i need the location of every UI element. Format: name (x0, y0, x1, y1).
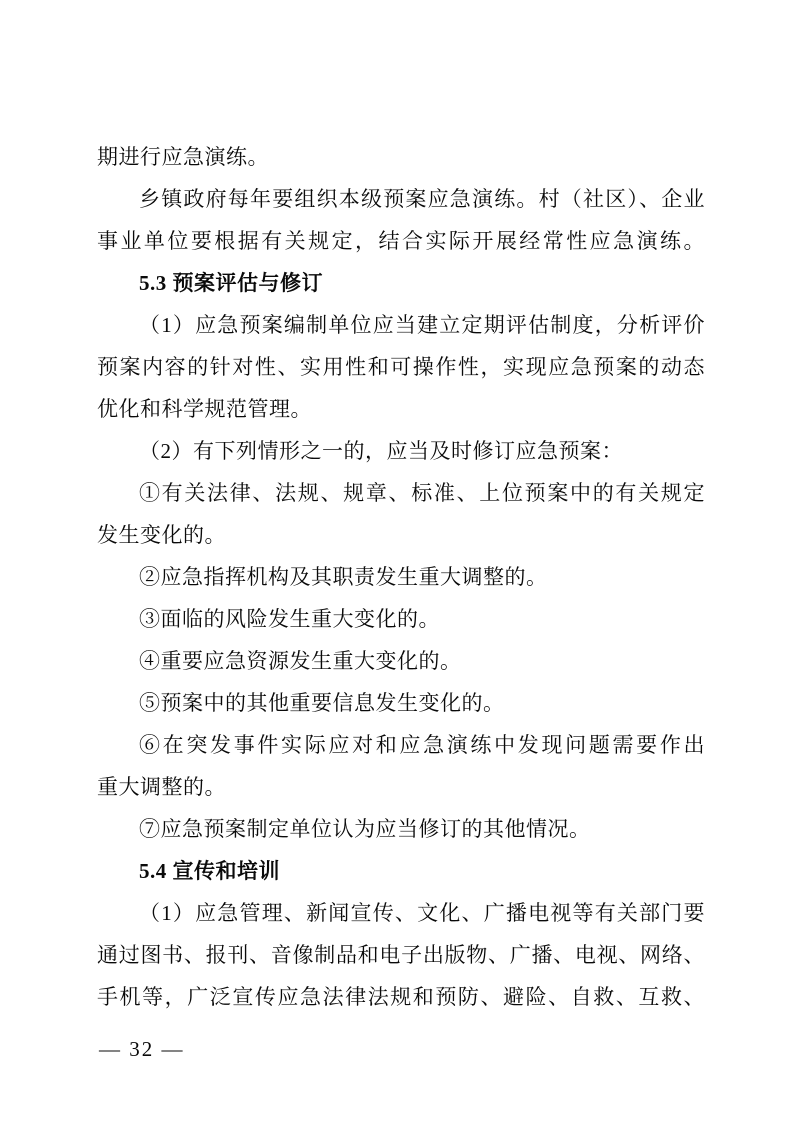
page-number: — 32 — (99, 1035, 185, 1063)
text-line: 优化和科学规范管理。 (97, 388, 705, 430)
text-line: 重大调整的。 (97, 766, 705, 808)
text-line: （2）有下列情形之一的，应当及时修订应急预案： (97, 430, 705, 472)
text-line: 乡镇政府每年要组织本级预案应急演练。村（社区）、企业 (97, 178, 705, 220)
text-line: 手机等，广泛宣传应急法律法规和预防、避险、自救、互救、 (97, 976, 705, 1018)
section-heading-5-3: 5.3 预案评估与修订 (97, 262, 705, 304)
numbered-item-6: ⑥在突发事件实际应对和应急演练中发现问题需要作出 (97, 724, 705, 766)
text-line: 通过图书、报刊、音像制品和电子出版物、广播、电视、网络、 (97, 934, 705, 976)
section-heading-5-4: 5.4 宣传和培训 (97, 850, 705, 892)
numbered-item-7: ⑦应急预案制定单位认为应当修订的其他情况。 (97, 808, 705, 850)
document-body: 期进行应急演练。 乡镇政府每年要组织本级预案应急演练。村（社区）、企业 事业单位… (97, 136, 705, 1018)
numbered-item-5: ⑤预案中的其他重要信息发生变化的。 (97, 682, 705, 724)
text-line: 事业单位要根据有关规定，结合实际开展经常性应急演练。 (97, 220, 705, 262)
numbered-item-4: ④重要应急资源发生重大变化的。 (97, 640, 705, 682)
text-line: 预案内容的针对性、实用性和可操作性，实现应急预案的动态 (97, 346, 705, 388)
text-line: （1）应急管理、新闻宣传、文化、广播电视等有关部门要 (97, 892, 705, 934)
numbered-item-3: ③面临的风险发生重大变化的。 (97, 598, 705, 640)
text-line: 发生变化的。 (97, 514, 705, 556)
numbered-item-1: ①有关法律、法规、规章、标准、上位预案中的有关规定 (97, 472, 705, 514)
numbered-item-2: ②应急指挥机构及其职责发生重大调整的。 (97, 556, 705, 598)
text-line: 期进行应急演练。 (97, 136, 705, 178)
document-page: 期进行应急演练。 乡镇政府每年要组织本级预案应急演练。村（社区）、企业 事业单位… (0, 0, 793, 1122)
text-line: （1）应急预案编制单位应当建立定期评估制度，分析评价 (97, 304, 705, 346)
